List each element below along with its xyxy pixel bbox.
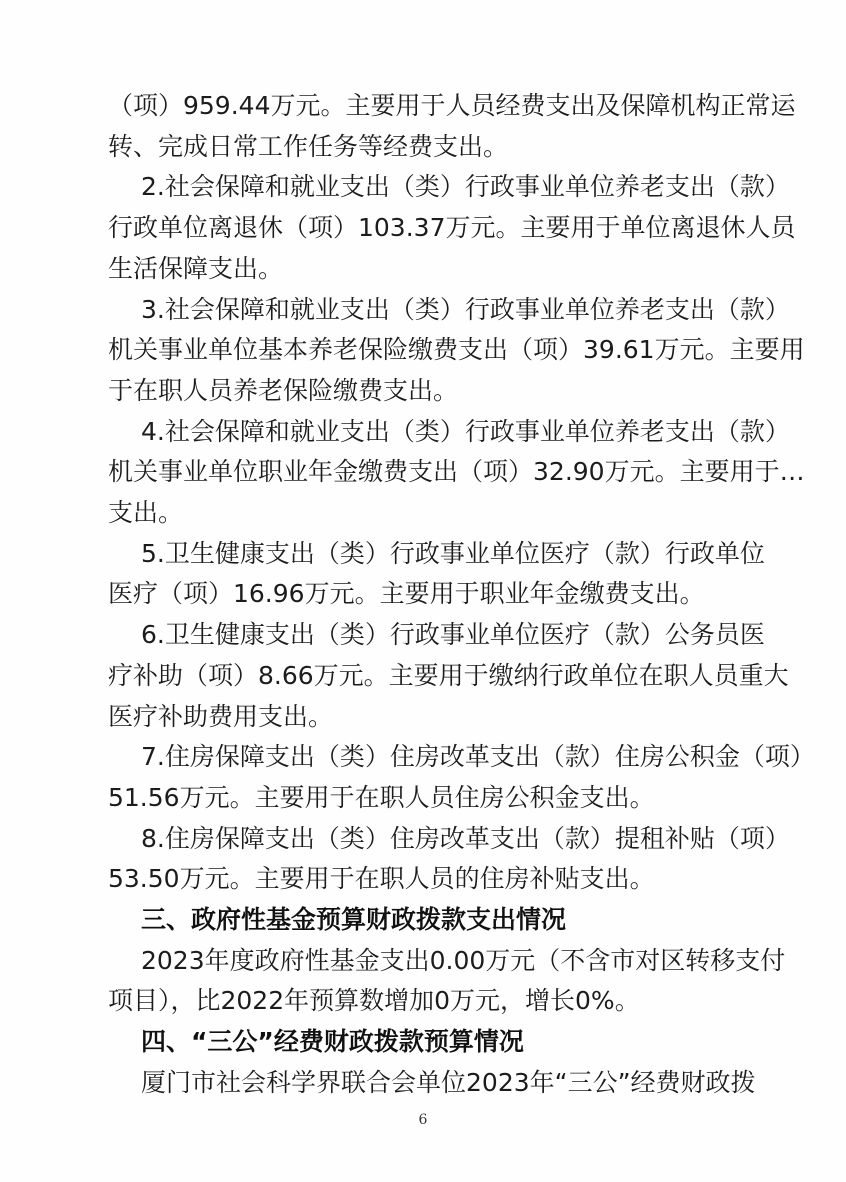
document-page: （项）959.44万元。主要用于人员经费支出及保障机构正常运 转、完成日常工作任… (0, 0, 846, 1182)
text-line-10: 机关事业单位职业年金缴费支出（项）32.90万元。主要用于… (108, 457, 742, 487)
text-line-4: 行政单位离退休（项）103.37万元。主要用于单位离退休人员 (108, 213, 742, 243)
text-line-23: 项目），比2022年预算数增加0万元，增长0%。 (108, 986, 742, 1016)
text-line-17: 7.住房保障支出（类）住房改革支出（款）住房公积金（项） (141, 742, 742, 772)
text-line-5: 生活保障支出。 (108, 254, 742, 284)
text-line-7: 机关事业单位基本养老保险缴费支出（项）39.61万元。主要用 (108, 335, 742, 365)
text-line-3: 2.社会保障和就业支出（类）行政事业单位养老支出（款） (141, 172, 742, 202)
text-line-18: 51.56万元。主要用于在职人员住房公积金支出。 (108, 783, 742, 813)
text-line-9: 4.社会保障和就业支出（类）行政事业单位养老支出（款） (141, 417, 742, 447)
text-line-12: 5.卫生健康支出（类）行政事业单位医疗（款）行政单位 (141, 539, 742, 569)
text-line-25: 厦门市社会科学界联合会单位2023年“三公”经费财政拨 (141, 1068, 742, 1098)
page-number: 6 (0, 1112, 846, 1128)
section-heading-4: 四、“三公”经费财政拨款预算情况 (141, 1027, 742, 1057)
text-line-2: 转、完成日常工作任务等经费支出。 (108, 132, 742, 162)
text-line-1: （项）959.44万元。主要用于人员经费支出及保障机构正常运 (108, 91, 742, 121)
text-line-6: 3.社会保障和就业支出（类）行政事业单位养老支出（款） (141, 295, 742, 325)
text-line-16: 医疗补助费用支出。 (108, 702, 742, 732)
text-line-15: 疗补助（项）8.66万元。主要用于缴纳行政单位在职人员重大 (108, 661, 742, 691)
text-line-13: 医疗（项）16.96万元。主要用于职业年金缴费支出。 (108, 579, 742, 609)
text-line-14: 6.卫生健康支出（类）行政事业单位医疗（款）公务员医 (141, 620, 742, 650)
text-line-22: 2023年度政府性基金支出0.00万元（不含市对区转移支付 (141, 946, 742, 976)
text-line-20: 53.50万元。主要用于在职人员的住房补贴支出。 (108, 864, 742, 894)
text-line-8: 于在职人员养老保险缴费支出。 (108, 376, 742, 406)
text-line-11: 支出。 (108, 498, 742, 528)
section-heading-3: 三、政府性基金预算财政拨款支出情况 (141, 905, 742, 935)
text-line-19: 8.住房保障支出（类）住房改革支出（款）提租补贴（项） (141, 824, 742, 854)
